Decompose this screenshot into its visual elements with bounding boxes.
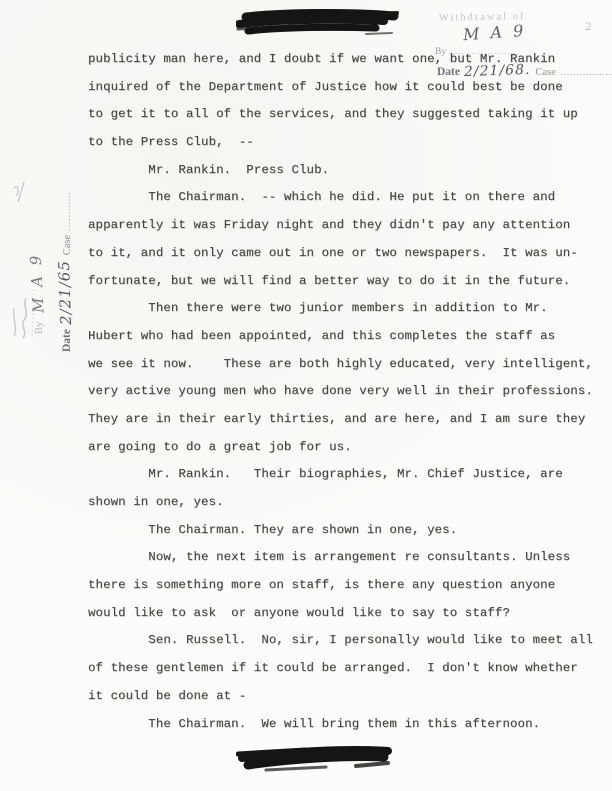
- margin-date-label: Date: [61, 329, 73, 352]
- redaction-mark-bottom: [236, 744, 396, 774]
- transcript-line: to it, and it only came out in one or tw…: [88, 240, 600, 268]
- stamp-faint-mark: 2: [585, 22, 591, 33]
- transcript-line: Then there were two junior members in ad…: [88, 295, 600, 323]
- transcript-line: Sen. Russell. No, sir, I personally woul…: [88, 627, 600, 655]
- transcript-line: to get it to all of the services, and th…: [88, 101, 600, 129]
- transcript-line: inquired of the Department of Justice ho…: [88, 74, 600, 102]
- transcript-line: there is something more on staff, is the…: [88, 572, 600, 600]
- transcript-line: would like to ask or anyone would like t…: [88, 600, 600, 628]
- transcript-line: are going to do a great job for us.: [88, 434, 600, 462]
- transcript-line: very active young men who have done very…: [88, 378, 600, 406]
- transcript-line: publicity man here, and I doubt if we wa…: [88, 46, 600, 74]
- redaction-mark-top: [236, 8, 400, 38]
- transcript-line: of these gentlemen if it could be arrang…: [88, 655, 600, 683]
- margin-stamp-date: Date 2/21/65 Case ............: [56, 177, 90, 352]
- transcript-line: we see it now. These are both highly edu…: [88, 351, 600, 379]
- transcript-line: Mr. Rankin. Their biographies, Mr. Chief…: [88, 461, 600, 489]
- transcript-line: They are in their early thirties, and ar…: [88, 406, 600, 434]
- margin-case-dots: ............: [62, 191, 72, 230]
- margin-pencil-scribble: [8, 178, 42, 348]
- transcript-line: The Chairman. They are shown in one, yes…: [88, 517, 600, 545]
- transcript-line: Now, the next item is arrangement re con…: [88, 544, 600, 572]
- transcript-line: apparently it was Friday night and they …: [88, 212, 600, 240]
- scanned-document-page: Withdrawal of 2 M A 9 By ...............…: [0, 0, 612, 791]
- transcript-line: Hubert who had been appointed, and this …: [88, 323, 600, 351]
- margin-case-label: Case: [62, 235, 73, 255]
- transcript-line: fortunate, but we will find a better way…: [88, 268, 600, 296]
- margin-date-handwriting: 2/21/65: [55, 259, 75, 324]
- stamp-by-handwriting: M A 9: [462, 21, 526, 44]
- transcript-text: publicity man here, and I doubt if we wa…: [88, 46, 600, 738]
- transcript-line: Mr. Rankin. Press Club.: [88, 157, 600, 185]
- transcript-line: The Chairman. We will bring them in this…: [88, 711, 600, 739]
- transcript-line: to the Press Club, --: [88, 129, 600, 157]
- transcript-line: it could be done at -: [88, 683, 600, 711]
- transcript-line: shown in one, yes.: [88, 489, 600, 517]
- transcript-line: The Chairman. -- which he did. He put it…: [88, 184, 600, 212]
